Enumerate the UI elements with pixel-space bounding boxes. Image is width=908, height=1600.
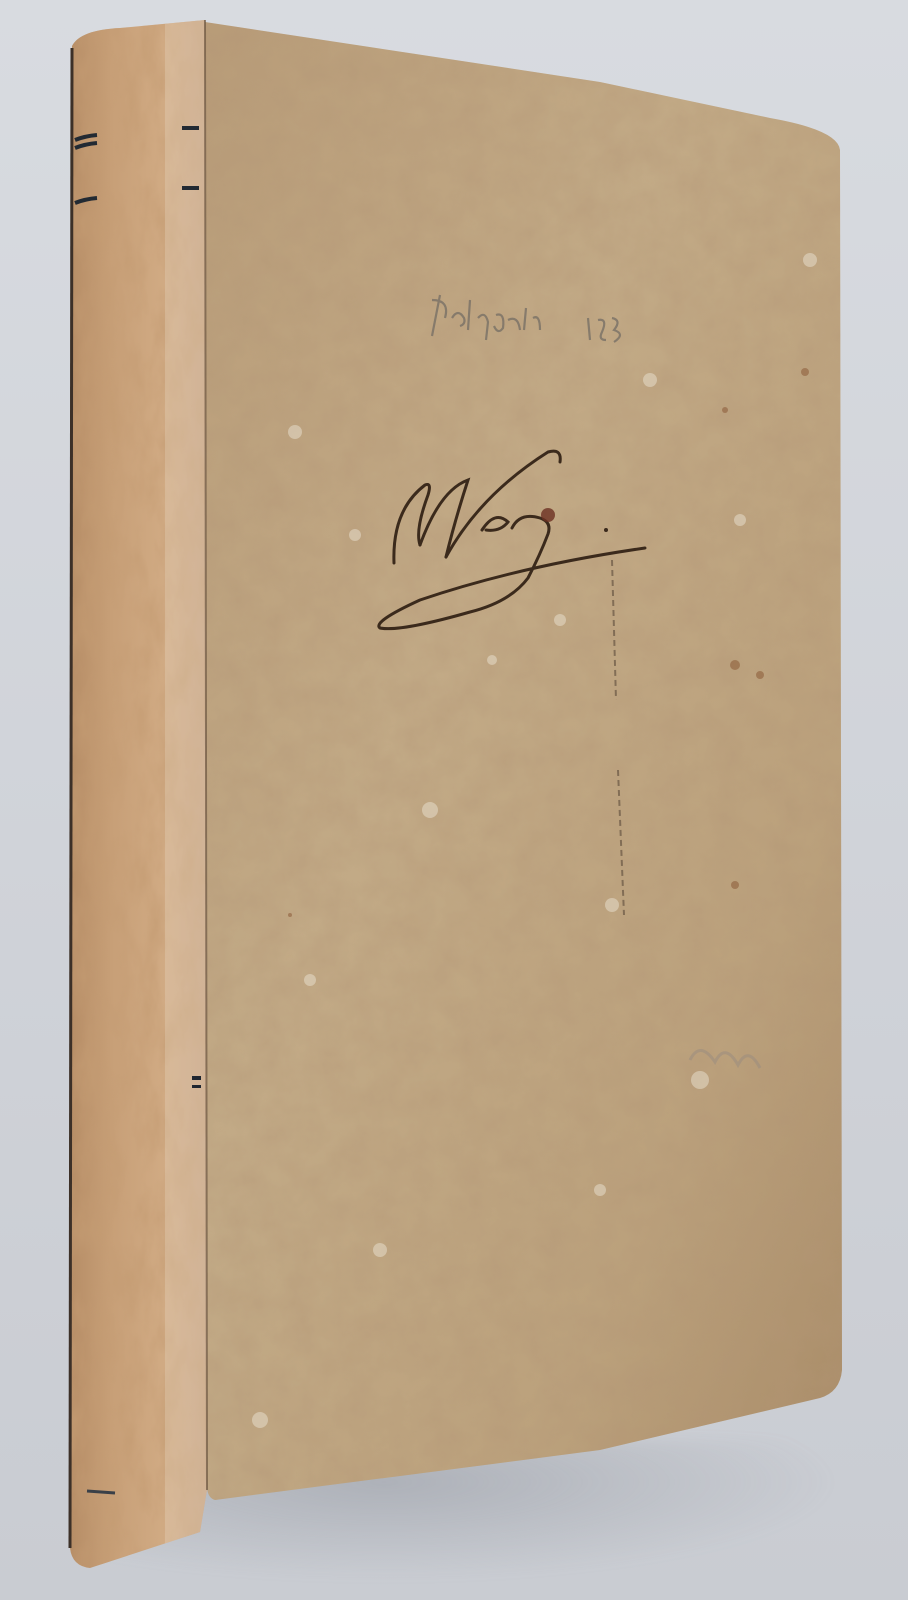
lower-note-text: faded pencil mark	[0, 0, 1, 1]
spine-label-bottom	[87, 1491, 115, 1493]
photo-scene: Ausgaben 1853 Wey faded pencil mark	[0, 0, 908, 1600]
front-cover	[200, 0, 860, 1520]
book-spine	[60, 0, 220, 1600]
antique-book: Ausgaben 1853 Wey faded pencil mark	[0, 0, 908, 1600]
